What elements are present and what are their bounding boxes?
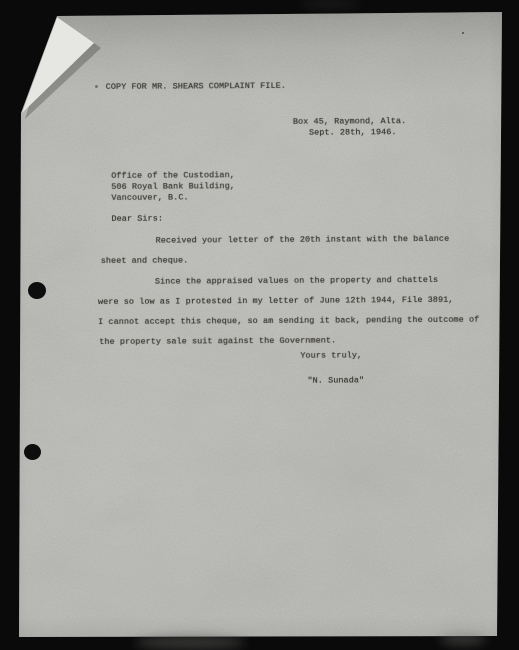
body-line: were so low as I protested in my letter … bbox=[98, 295, 453, 307]
sender-address-line: Box 45, Raymond, Alta. bbox=[293, 116, 406, 127]
typewritten-text: COPY FOR MR. SHEARS COMPLAINT FILE. Box … bbox=[0, 0, 519, 650]
signature: "N. Sunada" bbox=[307, 375, 364, 385]
body-line: Since the appraised values on the proper… bbox=[155, 275, 438, 287]
salutation: Dear Sirs: bbox=[111, 214, 163, 224]
recipient-line: Office of the Custodian, bbox=[111, 170, 235, 181]
recipient-line: 506 Royal Bank Building, bbox=[111, 181, 235, 192]
body-line: I cannot accept this cheque, so am sendi… bbox=[98, 315, 479, 327]
body-line: sheet and cheque. bbox=[101, 255, 189, 266]
date-line: Sept. 28th, 1946. bbox=[309, 127, 397, 138]
scanned-letter-image: COPY FOR MR. SHEARS COMPLAINT FILE. Box … bbox=[0, 0, 519, 650]
body-line: Received your letter of the 20th instant… bbox=[156, 234, 450, 246]
closing: Yours truly, bbox=[300, 350, 362, 360]
body-line: the property sale suit against the Gover… bbox=[99, 336, 336, 347]
recipient-line: Vancouver, B.C. bbox=[111, 192, 188, 202]
file-stamp-line: COPY FOR MR. SHEARS COMPLAINT FILE. bbox=[106, 81, 286, 92]
